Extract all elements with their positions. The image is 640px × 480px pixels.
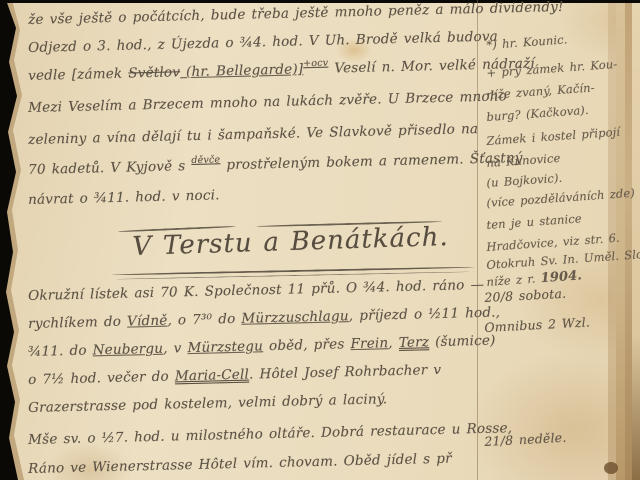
line-text: oběd, přes — [263, 336, 351, 354]
crossed-out-word: Světlov — [128, 64, 180, 81]
underlined-place: Terz — [399, 334, 430, 351]
line-text: , v — [163, 340, 188, 357]
line-text: , o 7³⁰ do — [167, 311, 241, 329]
line-text: , — [388, 335, 399, 351]
line-text: vedle [zámek — [28, 66, 129, 84]
line-text: rychlíkem do — [28, 314, 127, 332]
book-page-edge — [632, 0, 640, 480]
underlined-place: Frein — [350, 335, 388, 352]
line-text: ¾11. do — [28, 342, 93, 360]
superscript-note: +ocv — [303, 58, 328, 70]
line-text: (hr. Bellegarde)] — [180, 61, 304, 80]
year-1904: 1904. — [540, 268, 582, 286]
underlined-place: Neubergu — [92, 341, 163, 359]
underlined-place: Maria-Cell — [175, 367, 250, 385]
scanned-page: že vše ještě o počátcích, bude třeba ješ… — [0, 0, 640, 480]
underlined-place: Mürzstegu — [187, 338, 263, 356]
book-page-edge — [625, 0, 632, 480]
inserted-word-above-line: děvče — [191, 154, 220, 166]
note-text: níže z r. — [486, 271, 541, 289]
ink-blot — [604, 462, 618, 474]
underlined-place: Vídně — [127, 313, 168, 330]
line-text: (šumice) — [429, 333, 496, 351]
underlined-place: Mürzzuschlagu — [241, 308, 349, 327]
